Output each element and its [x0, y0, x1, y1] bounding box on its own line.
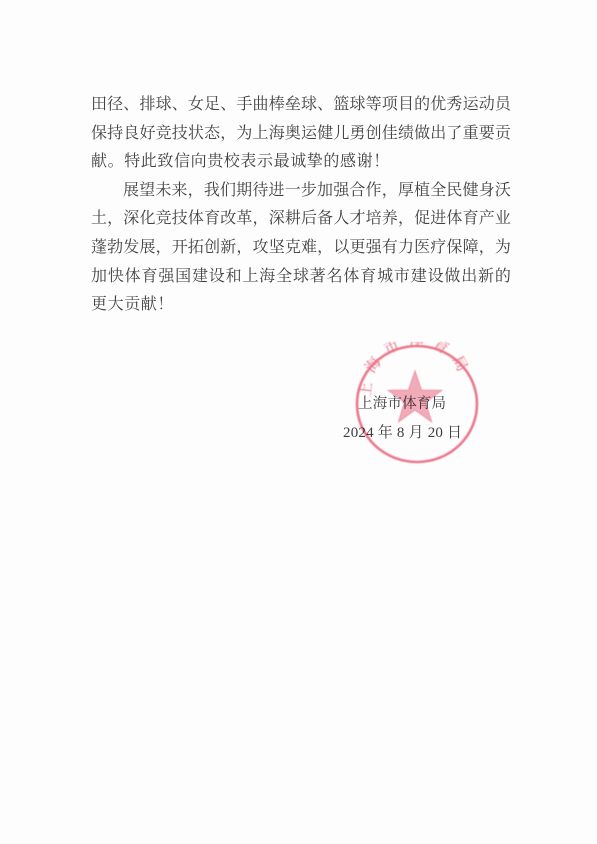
signature-org-name: 上海市体育局: [358, 396, 446, 413]
body-line-2: 保持良好竞技状态，为上海奥运健儿勇创佳绩做出了重要贡: [91, 120, 511, 149]
body-line-3: 献。特此致信向贵校表示最诚挚的感谢！: [91, 148, 511, 177]
svg-text:上海市体育局: 上海市体育局: [357, 342, 475, 398]
signature-date: 2024 年 8 月 20 日: [343, 424, 462, 442]
body-line-1: 田径、排球、女足、手曲棒垒球、篮球等项目的优秀运动员: [91, 91, 511, 120]
letter-body: 田径、排球、女足、手曲棒垒球、篮球等项目的优秀运动员 保持良好竞技状态，为上海奥…: [91, 91, 511, 320]
body-line-8: 更大贡献！: [91, 291, 511, 320]
body-line-5: 土，深化竞技体育改革，深耕后备人才培养，促进体育产业: [91, 205, 511, 234]
body-line-6: 蓬勃发展，开拓创新，攻坚克难，以更强有力医疗保障，为: [91, 234, 511, 263]
seal-arc-text: 上海市体育局: [357, 342, 475, 398]
body-line-7: 加快体育强国建设和上海全球著名体育城市建设做出新的: [91, 263, 511, 292]
body-line-4: 展望未来，我们期待进一步加强合作，厚植全民健身沃: [91, 177, 511, 206]
scanned-letter-page: 田径、排球、女足、手曲棒垒球、篮球等项目的优秀运动员 保持良好竞技状态，为上海奥…: [0, 0, 597, 844]
